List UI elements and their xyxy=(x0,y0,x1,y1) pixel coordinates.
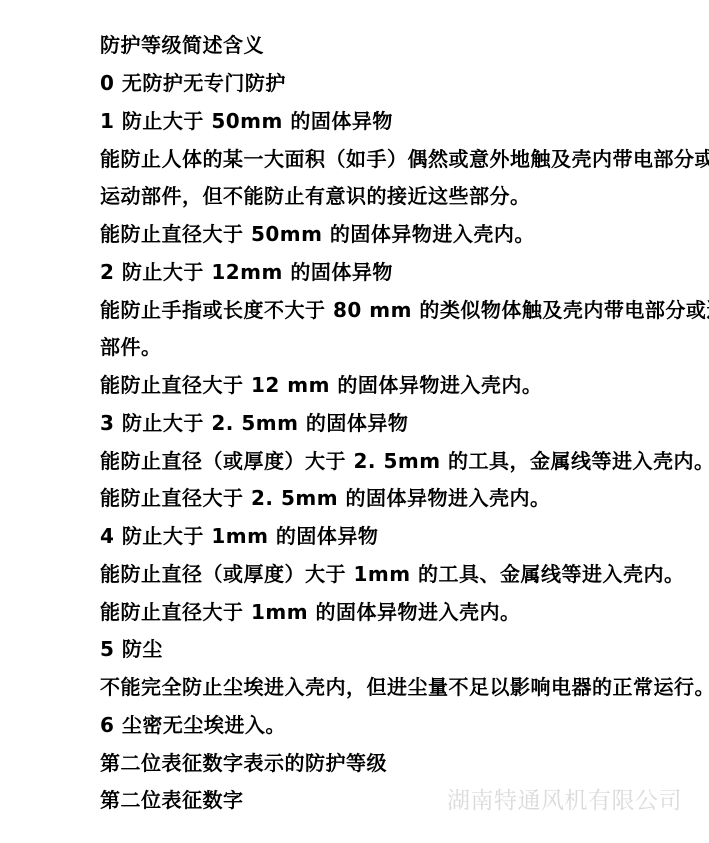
text-line: 5 防尘 xyxy=(100,629,679,667)
text-line: 2 防止大于 12mm 的固体异物 xyxy=(100,252,679,290)
text-line: 能防止直径大于 12 mm 的固体异物进入壳内。 xyxy=(100,365,679,403)
document-page: 防护等级简述含义 0 无防护无专门防护 1 防止大于 50mm 的固体异物 能防… xyxy=(0,0,709,843)
text-line: 能防止直径大于 1mm 的固体异物进入壳内。 xyxy=(100,591,679,629)
text-line: 第二位表征数字表示的防护等级 xyxy=(100,742,679,780)
doc-title-line: 防护等级简述含义 xyxy=(100,25,679,63)
text-line: 运动部件，但不能防止有意识的接近这些部分。 xyxy=(100,176,679,214)
text-line: 0 无防护无专门防护 xyxy=(100,63,679,101)
text-line: 能防止手指或长度不大于 80 mm 的类似物体触及壳内带电部分或运动 xyxy=(100,289,679,327)
text-line: 能防止直径大于 50mm 的固体异物进入壳内。 xyxy=(100,214,679,252)
text-line: 能防止直径（或厚度）大于 1mm 的工具、金属线等进入壳内。 xyxy=(100,554,679,592)
text-line: 不能完全防止尘埃进入壳内，但进尘量不足以影响电器的正常运行。 xyxy=(100,667,679,705)
text-line: 6 尘密无尘埃进入。 xyxy=(100,705,679,743)
text-line: 第二位表征数字 xyxy=(100,780,679,818)
text-line: 能防止直径（或厚度）大于 2. 5mm 的工具，金属线等进入壳内。 xyxy=(100,440,679,478)
text-line: 部件。 xyxy=(100,327,679,365)
text-line: 1 防止大于 50mm 的固体异物 xyxy=(100,101,679,139)
text-line: 能防止人体的某一大面积（如手）偶然或意外地触及壳内带电部分或 xyxy=(100,138,679,176)
text-block: 防护等级简述含义 0 无防护无专门防护 1 防止大于 50mm 的固体异物 能防… xyxy=(100,25,679,818)
text-line: 4 防止大于 1mm 的固体异物 xyxy=(100,516,679,554)
text-line: 3 防止大于 2. 5mm 的固体异物 xyxy=(100,403,679,441)
text-line: 能防止直径大于 2. 5mm 的固体异物进入壳内。 xyxy=(100,478,679,516)
